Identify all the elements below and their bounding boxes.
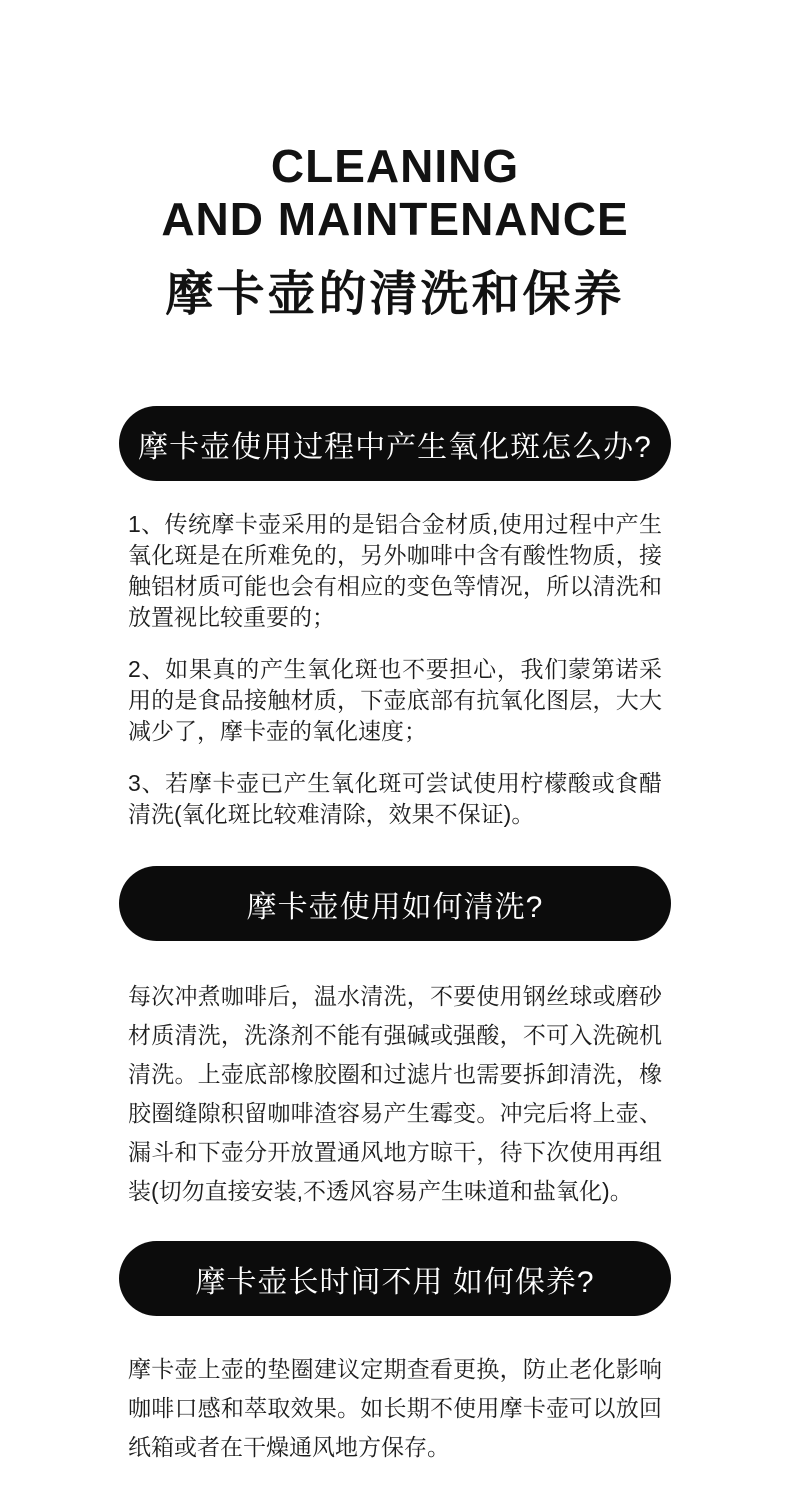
paragraph-oxidation-1: 1、传统摩卡壶采用的是铝合金材质,使用过程中产生氧化斑是在所难免的，另外咖啡中含… [128, 509, 662, 633]
page-title-chinese: 摩卡壶的清洗和保养 [0, 268, 790, 322]
page-header: CLEANING AND MAINTENANCE 摩卡壶的清洗和保养 [0, 0, 790, 322]
section-oxidation-spots: 摩卡壶使用过程中产生氧化斑怎么办? 1、传统摩卡壶采用的是铝合金材质,使用过程中… [0, 406, 790, 830]
paragraph-oxidation-3: 3、若摩卡壶已产生氧化斑可尝试使用柠檬酸或食醋清洗(氧化斑比较难清除，效果不保证… [128, 768, 662, 830]
section-heading-pill-cleaning: 摩卡壶使用如何清洗? [119, 866, 671, 941]
title-en-line1: CLEANING [0, 140, 790, 193]
section-long-term-care: 摩卡壶长时间不用 如何保养? 摩卡壶上壶的垫圈建议定期查看更换，防止老化影响咖啡… [0, 1241, 790, 1467]
product-detail-page: CLEANING AND MAINTENANCE 摩卡壶的清洗和保养 摩卡壶使用… [0, 0, 790, 1485]
paragraph-oxidation-2: 2、如果真的产生氧化斑也不要担心，我们蒙第诺采用的是食品接触材质，下壶底部有抗氧… [128, 654, 662, 747]
paragraph-maintenance: 摩卡壶上壶的垫圈建议定期查看更换，防止老化影响咖啡口感和萃取效果。如长期不使用摩… [128, 1350, 662, 1467]
paragraph-cleaning: 每次冲煮咖啡后，温水清洗，不要使用钢丝球或磨砂材质清洗，洗涤剂不能有强碱或强酸，… [128, 977, 662, 1211]
section-body-cleaning: 每次冲煮咖啡后，温水清洗，不要使用钢丝球或磨砂材质清洗，洗涤剂不能有强碱或强酸，… [128, 977, 662, 1211]
title-en-line2: AND MAINTENANCE [0, 193, 790, 246]
section-heading-pill-maintenance: 摩卡壶长时间不用 如何保养? [119, 1241, 671, 1316]
page-title-english: CLEANING AND MAINTENANCE [0, 140, 790, 246]
section-body-oxidation: 1、传统摩卡壶采用的是铝合金材质,使用过程中产生氧化斑是在所难免的，另外咖啡中含… [128, 509, 662, 830]
section-body-maintenance: 摩卡壶上壶的垫圈建议定期查看更换，防止老化影响咖啡口感和萃取效果。如长期不使用摩… [128, 1350, 662, 1467]
section-heading-pill-oxidation: 摩卡壶使用过程中产生氧化斑怎么办? [119, 406, 671, 481]
section-how-to-clean: 摩卡壶使用如何清洗? 每次冲煮咖啡后，温水清洗，不要使用钢丝球或磨砂材质清洗，洗… [0, 866, 790, 1211]
